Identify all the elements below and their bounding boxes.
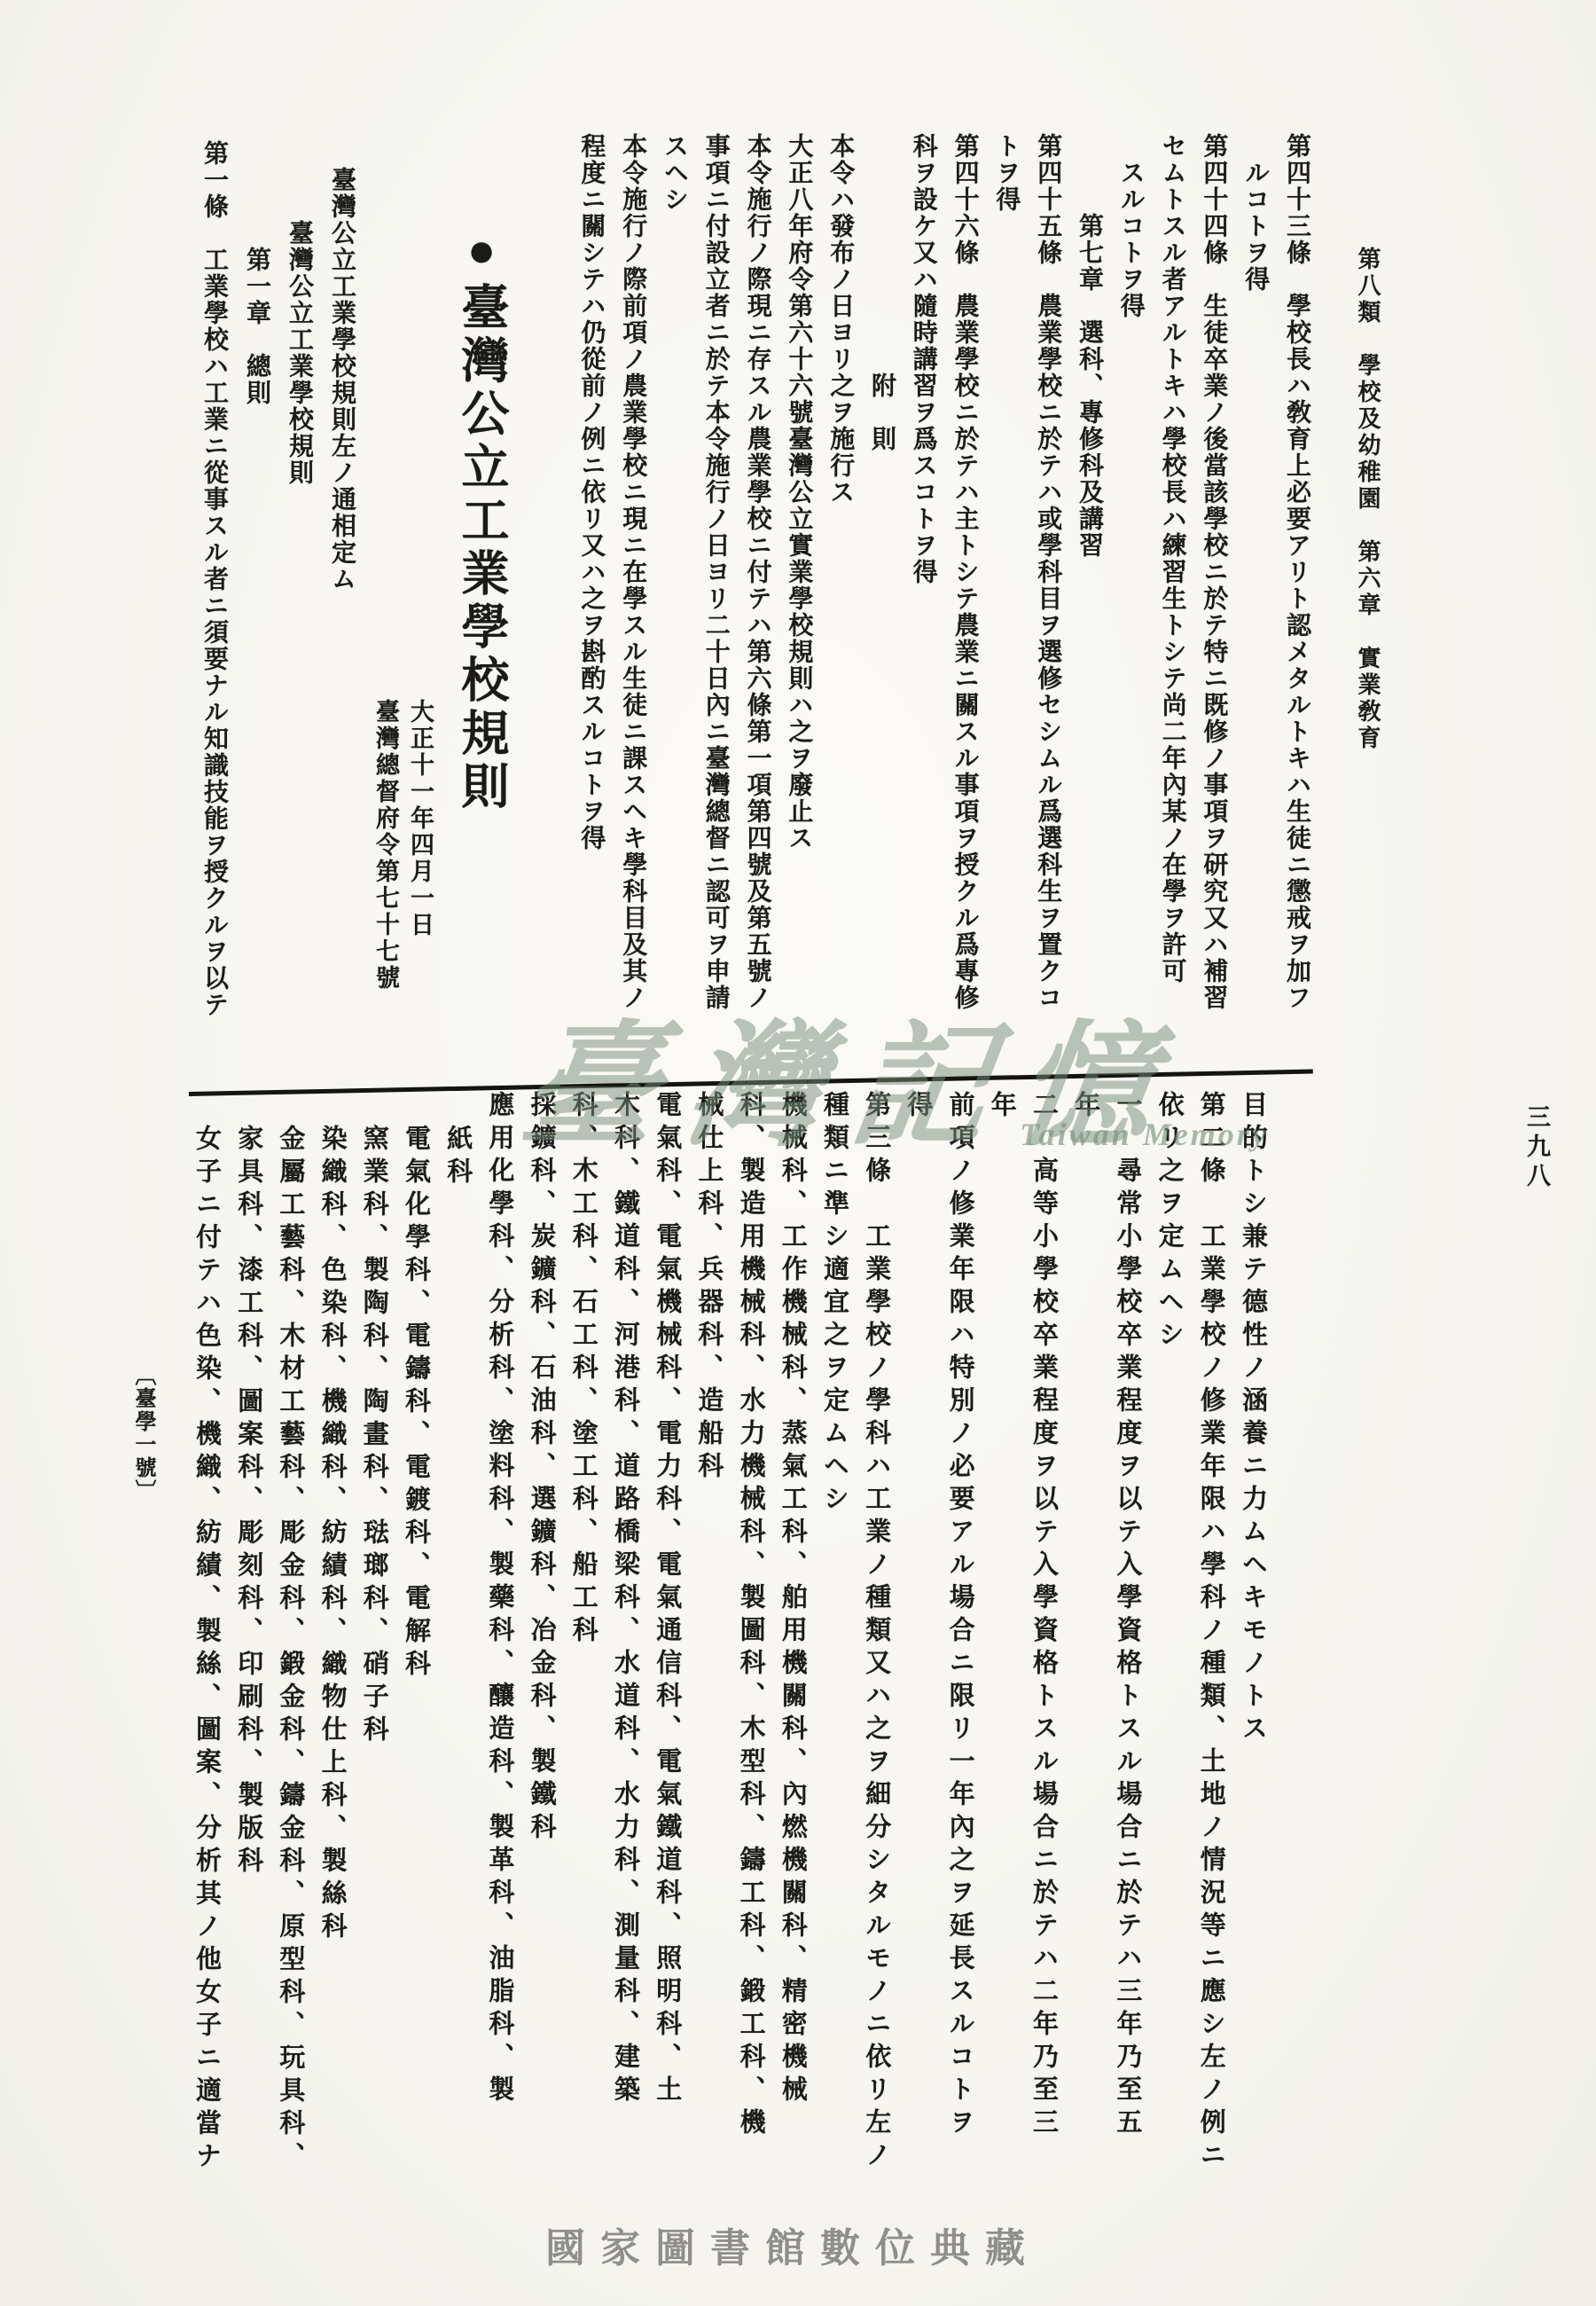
text-column: 電氣化學科、電鑄科、電鍍科、電解科 <box>395 1125 436 1682</box>
running-head: 第八類 學校及幼稚園 第六章 實業敎育 <box>1350 247 1385 752</box>
text-column: 本令ハ發布ノ日ヨリ之ヲ施行ス <box>819 133 860 506</box>
text-column: 科、木工科、石工科、塗工科、船工科 <box>562 1091 604 1649</box>
text-column: 第三條 工業學校ノ學科ハ工業ノ種類又ハ之ヲ細分シタルモノニ依リ左ノ <box>855 1091 896 2174</box>
text-column: 附 則 <box>861 373 902 452</box>
text-column: 第一條 工業學校ハ工業ニ從事スル者ニ須要ナル知識技能ヲ授クルヲ以テ <box>193 140 234 1018</box>
text-column: 應用化學科、分析科、塗料科、製藥科、釀造科、製革科、油脂科、製 <box>478 1091 520 2108</box>
text-column: 第二條 工業學校ノ修業年限ハ學科ノ種類、土地ノ情況等ニ應シ左ノ例ニ <box>1190 1091 1232 2174</box>
text-column: 程度ニ關シテハ仍從前ノ例ニ依リ又ハ之ヲ斟酌スルコトヲ得 <box>570 133 611 851</box>
text-column: 科ヲ設ケ又ハ隨時講習ヲ爲スコトヲ得 <box>903 133 943 585</box>
text-column: 第四十六條 農業學校ニ於テハ主トシテ農業ニ關スル事項ヲ授クル爲專修 <box>944 133 985 1011</box>
text-column: 本令施行ノ際現ニ存スル農業學校ニ付テハ第六條第一項第四號及第五號ノ <box>737 133 778 1011</box>
text-column: 木科、鐵道科、河港科、道路橋梁科、水道科、水力科、測量科、建築 <box>604 1091 645 2108</box>
text-column: 械仕上科、兵器科、造船科 <box>687 1091 729 1485</box>
text-column: 得 <box>896 1091 938 1124</box>
side-label: 〔臺學一號〕 <box>128 1364 159 1502</box>
text-column: 第四十三條 學校長ハ敎育上必要アリト認メタルトキハ生徒ニ懲戒ヲ加フ <box>1276 133 1317 1011</box>
text-column: 第一章 總則 <box>236 247 277 406</box>
text-column: 窯業科、製陶科、陶畫科、琺瑯科、硝子科 <box>353 1125 395 1748</box>
text-column: 目的トシ兼テ德性ノ涵養ニ力ムヘキモノトス <box>1232 1091 1273 1747</box>
text-column: 女子ニ付テハ色染、機織、紡績、製絲、圖案、分析其ノ他女子ニ適當ナ <box>185 1125 227 2175</box>
text-column: 採鑛科、炭鑛科、石油科、選鑛科、冶金科、製鐵科 <box>520 1091 562 1846</box>
text-column: 家具科、漆工科、圖案科、彫刻科、印刷科、製版科 <box>227 1125 269 1879</box>
text-column: スルコトヲ得 <box>1110 160 1151 319</box>
text-column: 一 尋常小學校卒業程度ヲ以テ入學資格トスル場合ニ於テハ三年乃至五 <box>1106 1091 1147 2141</box>
regulation-title: ●臺灣公立工業學校規則 <box>450 224 512 814</box>
scanned-page: 第八類 學校及幼稚園 第六章 實業敎育 三九八 〔臺學一號〕 第四十三條 學校長… <box>0 0 1596 2306</box>
regulation-date: 大正十一年四月一日 <box>403 699 437 938</box>
text-column: スヘシ <box>653 133 694 213</box>
text-column: 本令施行ノ際前項ノ農業學校ニ現ニ在學スル生徒ニ課スヘキ學科目及其ノ <box>612 133 653 1011</box>
text-column: 種類ニ準シ適宜之ヲ定ムヘシ <box>813 1091 855 1518</box>
text-column: トヲ得 <box>985 133 1026 213</box>
text-column: 年 <box>1064 1091 1106 1124</box>
text-column: 二 高等小學校卒業程度ヲ以テ入學資格トスル場合ニ於テハ二年乃至三 <box>1022 1091 1064 2141</box>
text-column: 臺灣公立工業學校規則左ノ通相定ム <box>321 167 362 592</box>
text-column: 機械科、工作機械科、蒸氣工科、舶用機關科、內燃機關科、精密機械 <box>771 1091 813 2108</box>
text-column: 電氣科、電氣機械科、電力科、電氣通信科、電氣鐵道科、照明科、土 <box>645 1091 687 2108</box>
text-column: セムトスル者アルトキハ學校長ハ練習生トシテ尚二年內某ノ在學ヲ許可 <box>1152 133 1193 984</box>
text-column: 大正八年府令第六十六號臺灣公立實業學校規則ハ之ヲ廢止ス <box>778 133 818 851</box>
library-stamp: 國家圖書館數位典藏 <box>545 2216 1060 2273</box>
regulation-order-number: 臺灣總督府令第七十七號 <box>369 699 403 992</box>
text-column: 第七章 選科、專修科及講習 <box>1068 213 1109 559</box>
text-column: 金屬工藝科、木材工藝科、彫金科、鍛金科、鑄金科、原型科、玩具科、 <box>269 1125 310 2175</box>
text-column: 年 <box>981 1091 1022 1124</box>
text-column: 前項ノ修業年限ハ特別ノ必要アル場合ニ限リ一年內之ヲ延長スルコトヲ <box>939 1091 981 2141</box>
text-column: 第四十四條 生徒卒業ノ後當該學校ニ於テ特ニ既修ノ事項ヲ研究又ハ補習 <box>1193 133 1233 1011</box>
text-column: ルコトヲ得 <box>1234 160 1275 293</box>
text-column: 第四十五條 農業學校ニ於テハ或學科目ヲ選修セシムル爲選科生ヲ置クコ <box>1027 133 1068 1011</box>
text-column: 科、製造用機械科、水力機械科、製圖科、木型科、鑄工科、鍛工科、機 <box>730 1091 771 2141</box>
page-number: 三九八 <box>1520 1104 1554 1192</box>
text-column: 事項ニ付設立者ニ於テ本令施行ノ日ヨリ二十日內ニ臺灣總督ニ認可ヲ申請 <box>695 133 736 1011</box>
text-column: 紙科 <box>436 1125 478 1190</box>
text-column: 依リ之ヲ定ムヘシ <box>1148 1091 1190 1353</box>
text-column: 臺灣公立工業學校規則 <box>278 220 319 486</box>
text-column: 染織科、色染科、機織科、紡績科、織物仕上科、製絲科 <box>311 1125 353 1945</box>
